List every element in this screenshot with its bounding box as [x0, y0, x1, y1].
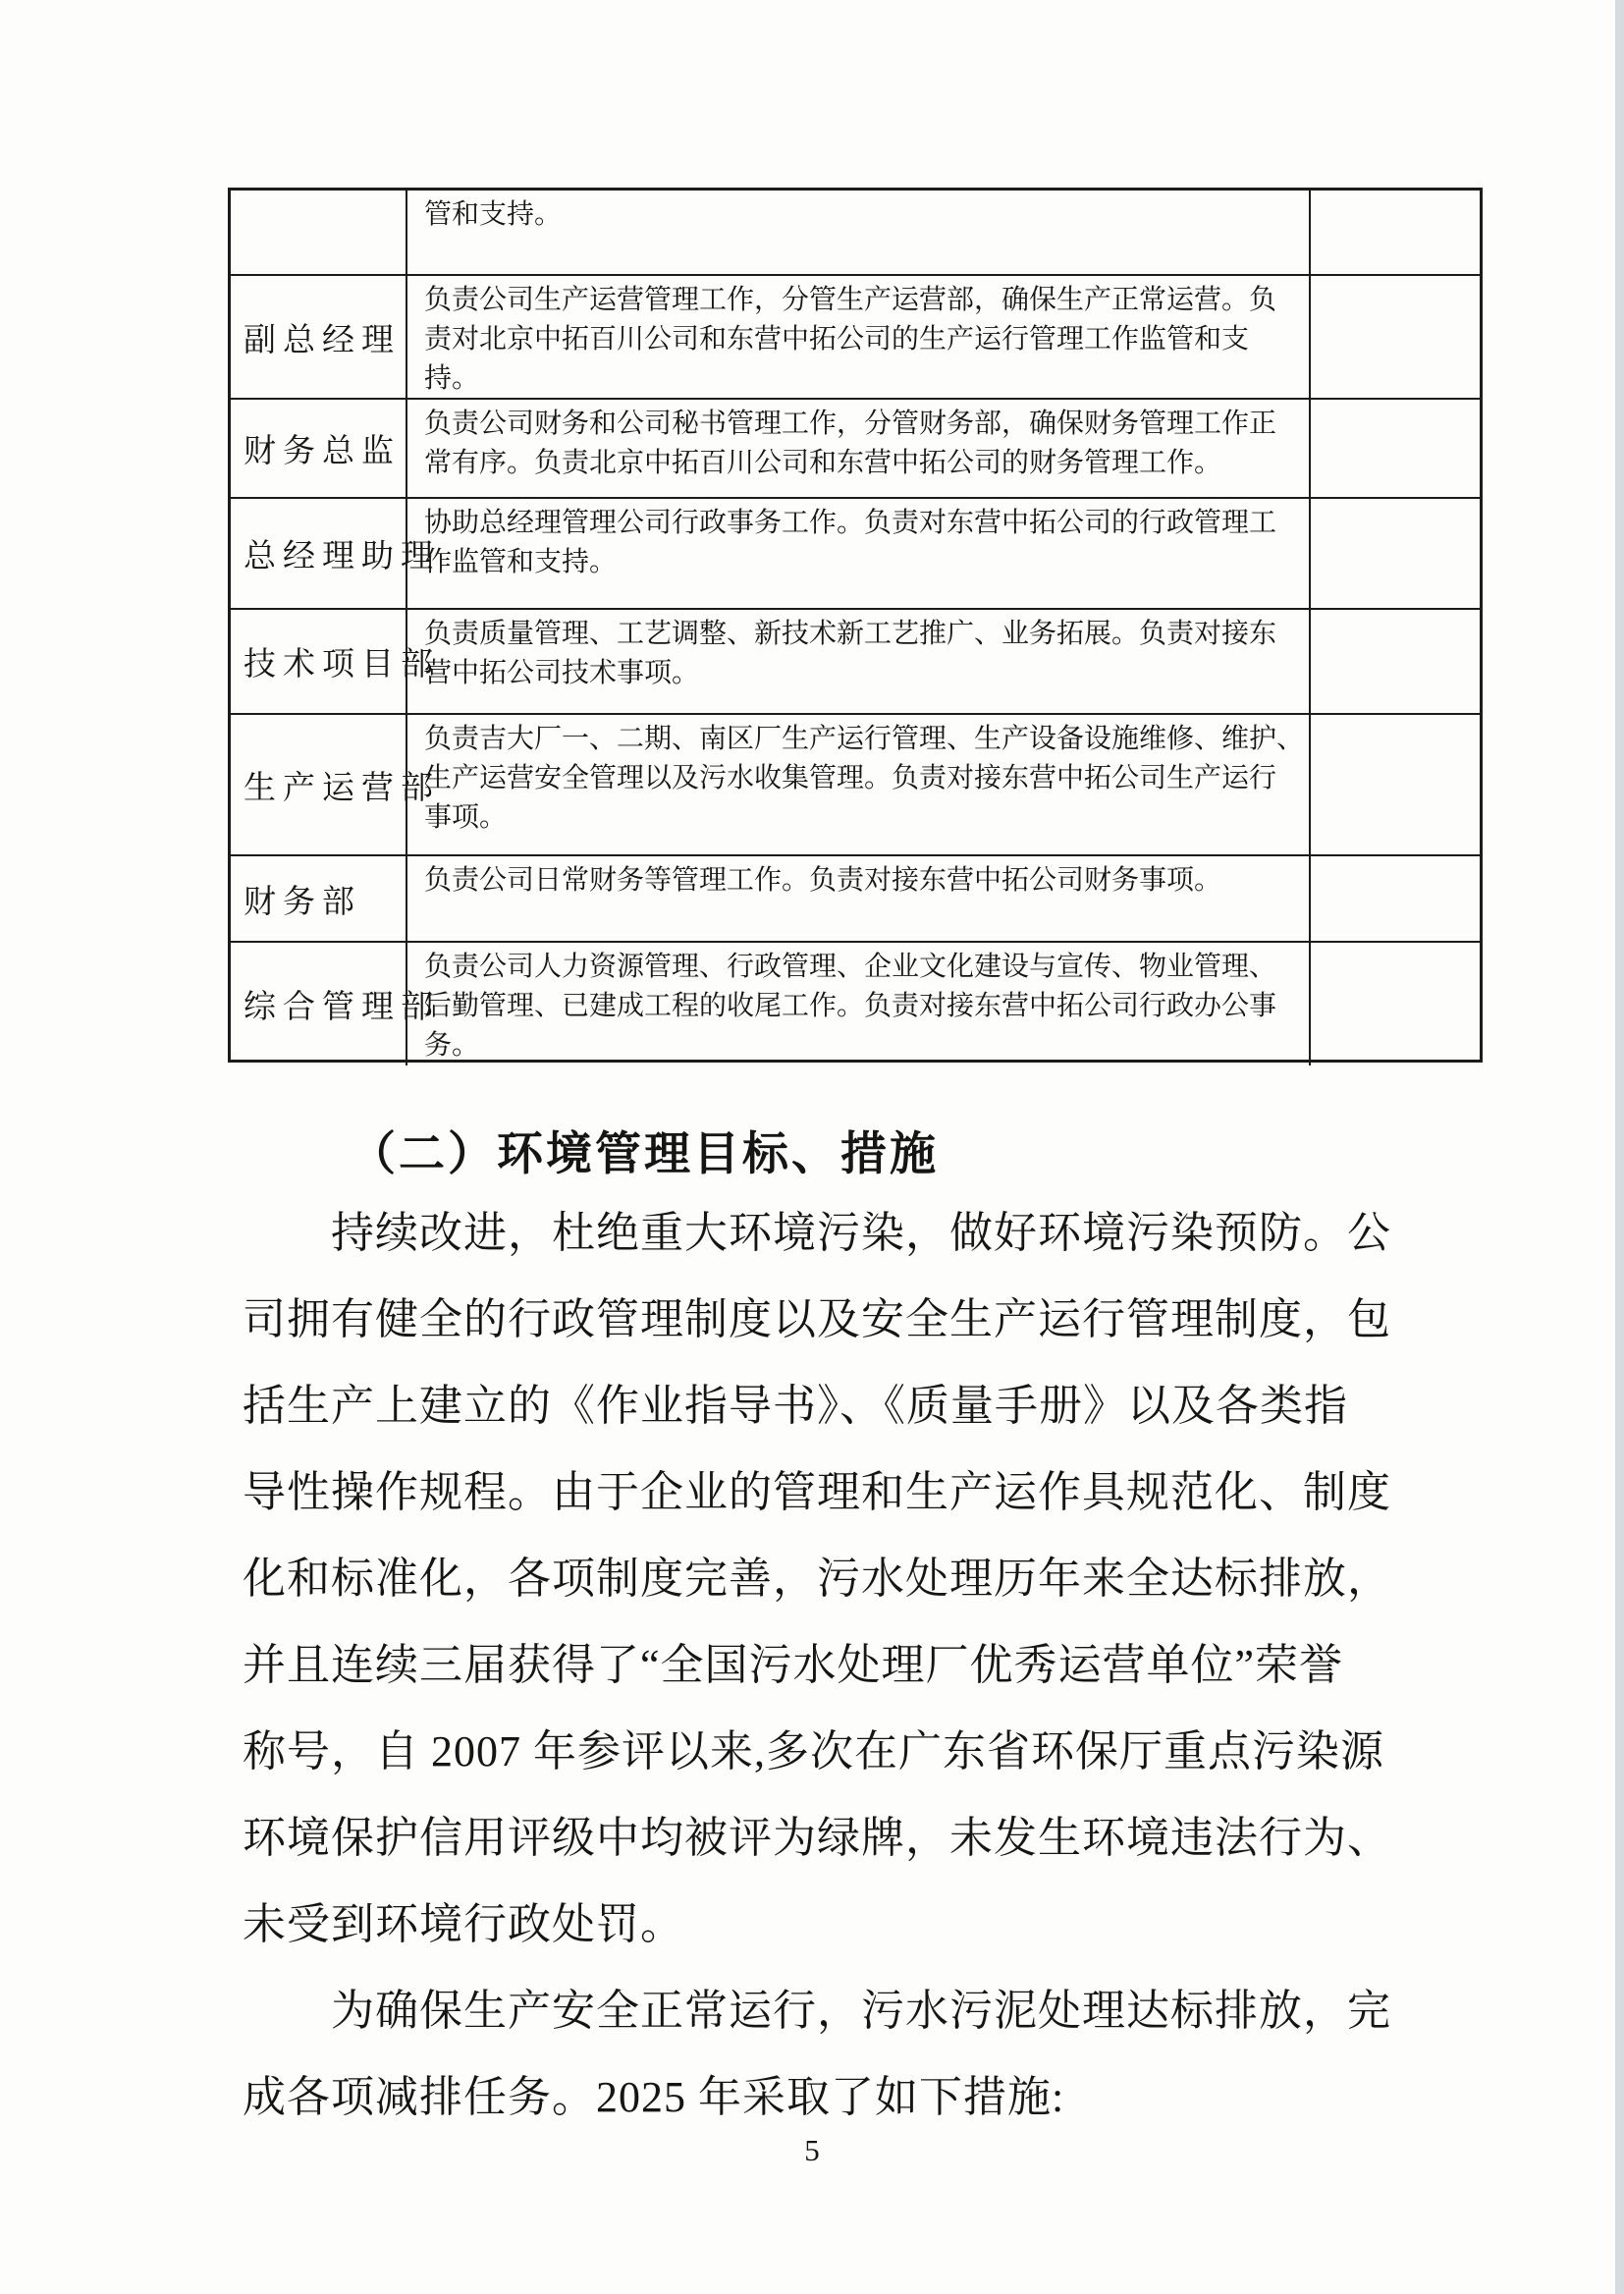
table-row: 总经理助理 协助总经理管理公司行政事务工作。负责对东营中拓公司的行政管理工 作监… — [231, 497, 1480, 608]
duty-cell: 负责吉大厂一、二期、南区厂生产运行管理、生产设备设施维修、维护、 生产运营安全管… — [407, 715, 1309, 854]
role-cell: 总经理助理 — [231, 499, 407, 608]
duty-cell: 协助总经理管理公司行政事务工作。负责对东营中拓公司的行政管理工 作监管和支持。 — [407, 499, 1309, 608]
table-row: 副总经理 负责公司生产运营管理工作，分管生产运营部，确保生产正常运营。负 责对北… — [231, 274, 1480, 398]
role-cell: 财务总监 — [231, 400, 407, 497]
duty-line: 生产运营安全管理以及污水收集管理。负责对接东营中拓公司生产运行 — [424, 759, 1299, 798]
duty-line: 负责公司财务和公司秘书管理工作，分管财务部，确保财务管理工作正 — [424, 405, 1299, 444]
duty-line: 作监管和支持。 — [424, 543, 1299, 582]
role-cell — [231, 191, 407, 274]
body-line: 为确保生产安全正常运行，污水污泥处理达标排放，完 — [243, 1968, 1393, 2054]
body-line: 并且连续三届获得了“全国污水处理厂优秀运营单位”荣誉 — [243, 1622, 1393, 1709]
role-cell: 生产运营部 — [231, 715, 407, 854]
mark-cell — [1309, 499, 1480, 608]
table-row: 综合管理部 负责公司人力资源管理、行政管理、企业文化建设与宣传、物业管理、 后勤… — [231, 941, 1480, 1060]
scan-edge-shadow — [1615, 0, 1624, 2294]
mark-cell — [1309, 400, 1480, 497]
role-cell: 财务部 — [231, 856, 407, 941]
body-line: 化和标准化，各项制度完善，污水处理历年来全达标排放， — [243, 1536, 1393, 1622]
duty-cell: 负责公司人力资源管理、行政管理、企业文化建设与宣传、物业管理、 后勤管理、已建成… — [407, 943, 1309, 1065]
duty-line: 事项。 — [424, 798, 1299, 838]
paragraph: 持续改进，杜绝重大环境污染，做好环境污染预防。公 司拥有健全的行政管理制度以及安… — [243, 1190, 1393, 1968]
role-cell: 副总经理 — [231, 276, 407, 399]
duty-line: 负责质量管理、工艺调整、新技术新工艺推广、业务拓展。负责对接东 — [424, 615, 1299, 654]
duty-line: 负责公司人力资源管理、行政管理、企业文化建设与宣传、物业管理、 — [424, 948, 1299, 987]
table-row: 生产运营部 负责吉大厂一、二期、南区厂生产运行管理、生产设备设施维修、维护、 生… — [231, 713, 1480, 854]
body-line: 环境保护信用评级中均被评为绿牌，未发生环境违法行为、 — [243, 1795, 1393, 1882]
body-line: 导性操作规程。由于企业的管理和生产运作具规范化、制度 — [243, 1449, 1393, 1536]
body-text: 持续改进，杜绝重大环境污染，做好环境污染预防。公 司拥有健全的行政管理制度以及安… — [243, 1190, 1393, 2141]
section-heading: （二）环境管理目标、措施 — [350, 1118, 939, 1183]
body-line: 司拥有健全的行政管理制度以及安全生产运行管理制度，包 — [243, 1277, 1393, 1363]
responsibility-table: 管和支持。 副总经理 负责公司生产运营管理工作，分管生产运营部，确保生产正常运营… — [228, 188, 1483, 1063]
duty-cell: 负责公司生产运营管理工作，分管生产运营部，确保生产正常运营。负 责对北京中拓百川… — [407, 276, 1309, 399]
duty-line: 营中拓公司技术事项。 — [424, 654, 1299, 693]
mark-cell — [1309, 191, 1480, 274]
duty-line: 责对北京中拓百川公司和东营中拓公司的生产运行管理工作监管和支 — [424, 320, 1299, 359]
body-line: 持续改进，杜绝重大环境污染，做好环境污染预防。公 — [243, 1190, 1393, 1277]
body-line: 括生产上建立的《作业指导书》、《质量手册》以及各类指 — [243, 1363, 1393, 1449]
paragraph: 为确保生产安全正常运行，污水污泥处理达标排放，完 成各项减排任务。2025 年采… — [243, 1968, 1393, 2141]
mark-cell — [1309, 943, 1480, 1065]
duty-line: 持。 — [424, 359, 1299, 399]
mark-cell — [1309, 276, 1480, 399]
mark-cell — [1309, 715, 1480, 854]
duty-cell: 负责质量管理、工艺调整、新技术新工艺推广、业务拓展。负责对接东 营中拓公司技术事… — [407, 610, 1309, 713]
page-number: 5 — [0, 2133, 1624, 2168]
table-row: 财务总监 负责公司财务和公司秘书管理工作，分管财务部，确保财务管理工作正 常有序… — [231, 398, 1480, 497]
duty-line: 常有序。负责北京中拓百川公司和东营中拓公司的财务管理工作。 — [424, 444, 1299, 483]
duty-line: 负责吉大厂一、二期、南区厂生产运行管理、生产设备设施维修、维护、 — [424, 720, 1299, 759]
duty-cell: 管和支持。 — [407, 191, 1309, 274]
body-line: 成各项减排任务。2025 年采取了如下措施: — [243, 2054, 1393, 2141]
table-row: 管和支持。 — [231, 191, 1480, 274]
duty-cell: 负责公司日常财务等管理工作。负责对接东营中拓公司财务事项。 — [407, 856, 1309, 941]
duty-cell: 负责公司财务和公司秘书管理工作，分管财务部，确保财务管理工作正 常有序。负责北京… — [407, 400, 1309, 497]
duty-line: 务。 — [424, 1026, 1299, 1065]
mark-cell — [1309, 610, 1480, 713]
body-line: 称号，自 2007 年参评以来,多次在广东省环保厅重点污染源 — [243, 1709, 1393, 1795]
mark-cell — [1309, 856, 1480, 941]
duty-line: 管和支持。 — [424, 195, 1299, 235]
table-row: 技术项目部 负责质量管理、工艺调整、新技术新工艺推广、业务拓展。负责对接东 营中… — [231, 608, 1480, 713]
role-cell: 技术项目部 — [231, 610, 407, 713]
duty-line: 负责公司日常财务等管理工作。负责对接东营中拓公司财务事项。 — [424, 861, 1299, 901]
role-cell: 综合管理部 — [231, 943, 407, 1065]
body-line: 未受到环境行政处罚。 — [243, 1882, 1393, 1968]
duty-line: 负责公司生产运营管理工作，分管生产运营部，确保生产正常运营。负 — [424, 281, 1299, 320]
duty-line: 后勤管理、已建成工程的收尾工作。负责对接东营中拓公司行政办公事 — [424, 987, 1299, 1026]
duty-line: 协助总经理管理公司行政事务工作。负责对东营中拓公司的行政管理工 — [424, 504, 1299, 543]
table-row: 财务部 负责公司日常财务等管理工作。负责对接东营中拓公司财务事项。 — [231, 854, 1480, 941]
document-page: 管和支持。 副总经理 负责公司生产运营管理工作，分管生产运营部，确保生产正常运营… — [0, 0, 1624, 2294]
